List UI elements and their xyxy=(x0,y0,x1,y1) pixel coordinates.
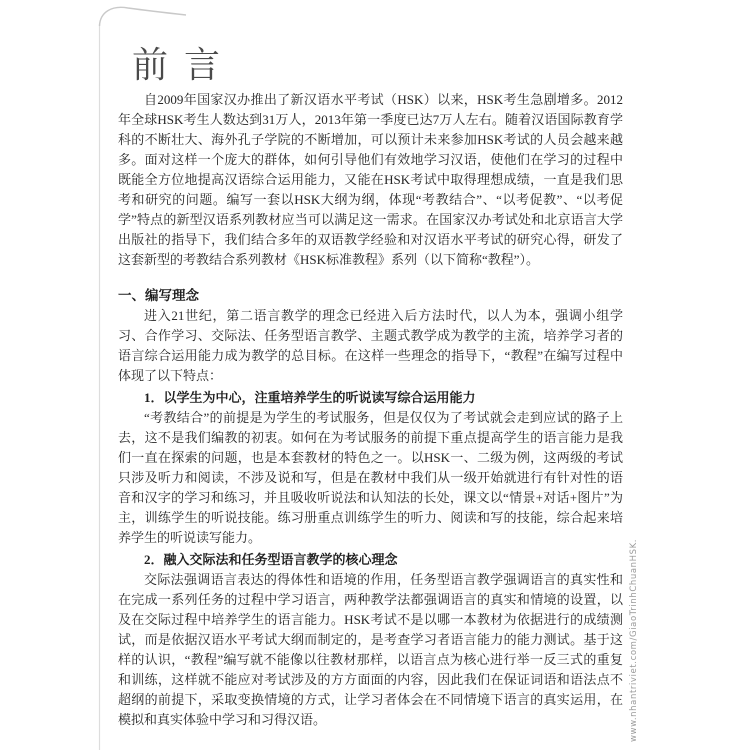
watermark-vertical-text: www.nhantriviet.com/GiaoTrinhChuanHSK. xyxy=(629,480,641,742)
point-1-heading: 1．以学生为中心，注重培养学生的听说读写综合运用能力 xyxy=(118,388,623,408)
section-lead-paragraph: 进入21世纪，第二语言教学的理念已经进入后方法时代，以人为本，强调小组学习、合作… xyxy=(118,306,623,386)
page-content: 前言 自2009年国家汉办推出了新汉语水平考试（HSK）以来，HSK考生急剧增多… xyxy=(118,0,623,730)
point-2-heading: 2．融入交际法和任务型语言教学的核心理念 xyxy=(118,550,623,570)
section-heading-writing-philosophy: 一、编写理念 xyxy=(118,286,623,306)
scanned-book-page: 前言 自2009年国家汉办推出了新汉语水平考试（HSK）以来，HSK考生急剧增多… xyxy=(0,0,750,750)
intro-paragraph: 自2009年国家汉办推出了新汉语水平考试（HSK）以来，HSK考生急剧增多。20… xyxy=(118,90,623,270)
page-title: 前言 xyxy=(132,40,623,90)
point-1-body: “考教结合”的前提是为学生的考试服务，但是仅仅为了考试就会走到应试的路子上去，这… xyxy=(118,408,623,548)
point-2-body: 交际法强调语言表达的得体性和语境的作用，任务型语言教学强调语言的真实性和在完成一… xyxy=(118,570,623,730)
